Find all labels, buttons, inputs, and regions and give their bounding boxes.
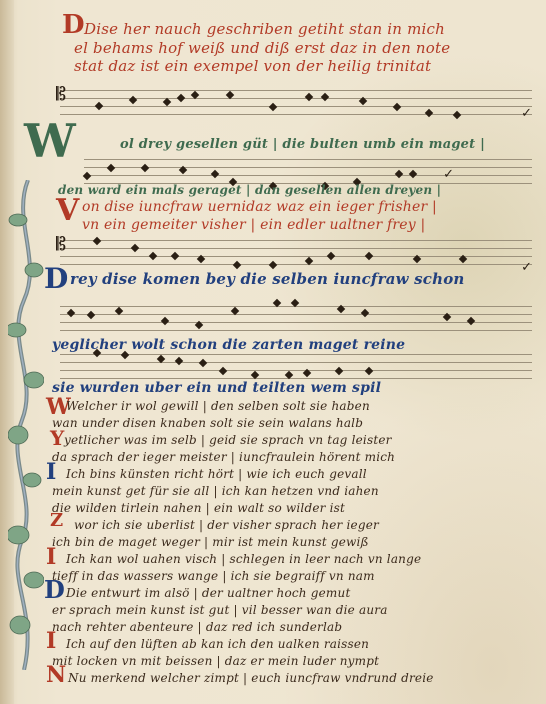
prose-line-2: wan under disen knaben solt sie sein wal… <box>52 417 363 429</box>
prose-line-10: Ich kan wol uahen visch | schlegen in le… <box>66 553 421 565</box>
music-staff-4 <box>60 300 532 336</box>
custos-icon: ✓ <box>443 167 454 182</box>
verse-line-5: rey dise komen bey die selben iuncfraw s… <box>70 272 465 287</box>
prose-line-16: mit locken vn mit beissen | daz er mein … <box>52 655 379 667</box>
prose-line-13: er sprach mein kunst ist gut | vil besse… <box>52 604 388 616</box>
music-staff-5 <box>60 346 532 382</box>
prose-line-9: ich bin de maget weger | mir ist mein ku… <box>52 536 369 548</box>
prose-line-8: wor ich sie uberlist | der visher sprach… <box>74 519 379 531</box>
initial-d-rubric: D <box>62 12 85 38</box>
rubric-line-3: stat daz ist ein exempel von der heilig … <box>74 59 431 74</box>
music-staff-1: 𝄡 ✓ <box>60 84 532 120</box>
prose-line-12: Die entwurt im alsö | der ualtner hoch g… <box>66 587 350 599</box>
c-clef-icon: 𝄡 <box>56 236 66 254</box>
verse-line-2: den ward ein mals geraget | dan gesellen… <box>58 184 441 196</box>
prose-line-17: Nu merkend welcher zimpt | euch iuncfraw… <box>68 672 434 684</box>
initial-i-red: I <box>46 546 56 568</box>
prose-line-5: Ich bins künsten richt hört | wie ich eu… <box>66 468 367 480</box>
initial-n: N <box>46 664 66 686</box>
prose-line-4: da sprach der ieger meister | iuncfraule… <box>52 451 395 463</box>
initial-y: Y <box>50 428 64 448</box>
verse-line-1: ol drey gesellen güt | die bulten umb ei… <box>120 138 485 151</box>
c-clef-icon: 𝄡 <box>56 86 66 104</box>
initial-d-blue: D <box>44 265 68 293</box>
vine-border-icon <box>8 180 44 670</box>
rubric-line-1: Dise her nauch geschriben getiht stan in… <box>84 22 445 37</box>
initial-i-red-2: I <box>46 630 56 652</box>
prose-line-7: die wilden tirlein nahen | ein walt so w… <box>52 502 345 514</box>
manuscript-page: D Dise her nauch geschriben getiht stan … <box>0 0 546 704</box>
prose-line-14: nach rehter abenteure | daz red ich sund… <box>52 621 342 633</box>
verse-line-4: vn ein gemeiter visher | ein edler ualtn… <box>82 218 425 232</box>
verse-line-7: sie wurden uber ein und teilten wem spil <box>52 381 381 395</box>
verse-line-3: on dise iuncfraw uernidaz waz ein ieger … <box>82 200 437 214</box>
prose-line-6: mein kunst get für sie all | ich kan het… <box>52 485 379 497</box>
initial-v: V <box>56 196 79 226</box>
custos-icon: ✓ <box>521 260 532 275</box>
prose-line-3: yetlicher was im selb | geid sie sprach … <box>64 434 392 446</box>
initial-i-blue: I <box>46 461 56 483</box>
initial-z: Z <box>50 512 63 530</box>
initial-w: W <box>24 118 76 164</box>
custos-icon: ✓ <box>521 106 532 121</box>
prose-line-1: Welcher ir wol gewill | den selben solt … <box>66 400 370 412</box>
music-staff-3: 𝄡 ✓ <box>60 234 532 270</box>
prose-line-15: Ich auf den lüften ab kan ich den ualken… <box>66 638 369 650</box>
initial-d-prose: D <box>44 578 65 602</box>
prose-line-11: tieff in das wassers wange | ich sie beg… <box>52 570 375 582</box>
rubric-line-2: el behams hof weiß und diß erst daz in d… <box>74 41 450 56</box>
